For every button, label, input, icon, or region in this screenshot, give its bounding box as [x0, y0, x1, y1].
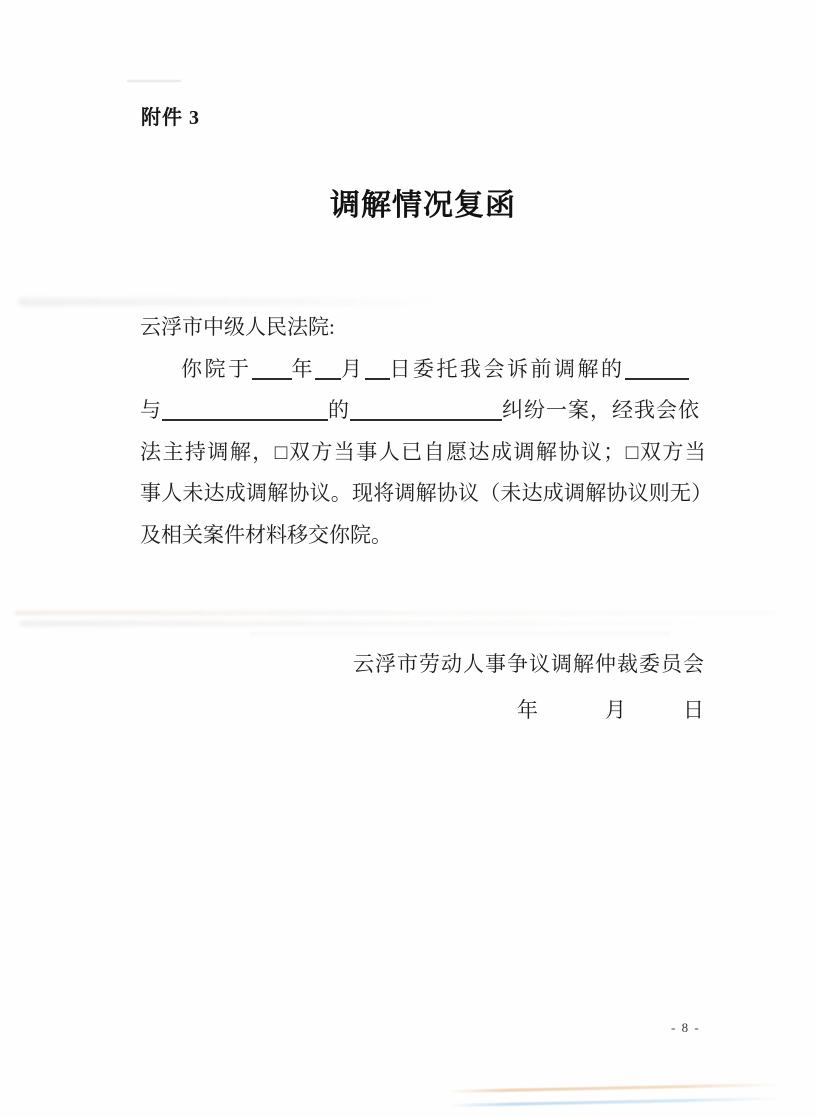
- body-line-parties: 与的纠纷一案，经我会依: [140, 390, 706, 432]
- signature-date-line: 年 月 日: [0, 694, 816, 718]
- letter-body: 云浮市中级人民法院: 你院于年月日委托我会诉前调解的 与的纠纷一案，经我会依 法…: [140, 307, 706, 556]
- day-suffix-text: 日委托我会诉前调解的: [390, 357, 625, 381]
- scan-artifact-band-lower: [15, 611, 775, 615]
- scanned-letter-page: 附件 3 调解情况复函 云浮市中级人民法院: 你院于年月日委托我会诉前调解的 与…: [0, 0, 816, 1117]
- date-day-label: 日: [683, 694, 704, 724]
- date-year-label: 年: [517, 694, 538, 724]
- letter-title: 调解情况复函: [140, 189, 706, 223]
- blank-underline-day-value: [365, 378, 390, 380]
- scan-artifact-band-lower: [20, 621, 760, 626]
- month-label-text: 月: [341, 357, 365, 381]
- delegation-prefix-text: 你院于: [181, 357, 252, 381]
- blank-underline-month-value: [315, 378, 341, 380]
- year-label-text: 年: [292, 357, 316, 381]
- scan-artifact-page-edge-blue: [448, 1097, 783, 1107]
- body-line-no-agreement: 事人未达成调解协议。现将调解协议（未达成调解协议则无）: [140, 473, 706, 515]
- scan-artifact-top-mark: [127, 80, 181, 82]
- party-connector-text: 的: [328, 398, 350, 422]
- signature-committee: 云浮市劳动人事争议调解仲裁委员会: [353, 648, 705, 678]
- body-line-transfer: 及相关案件材料移交你院。: [140, 515, 706, 557]
- blank-underline-year-value: [252, 378, 292, 380]
- attachment-label: 附件 3: [141, 101, 200, 130]
- scan-artifact-band-lower: [250, 632, 670, 635]
- salutation: 云浮市中级人民法院:: [140, 307, 706, 349]
- scan-artifact-page-edge-orange: [448, 1083, 783, 1093]
- scan-artifact-band-upper: [18, 298, 438, 306]
- body-line-delegation: 你院于年月日委托我会诉前调解的: [140, 349, 706, 391]
- blank-underline-dispute-type: [350, 419, 502, 421]
- party-prefix-text: 与: [140, 398, 162, 422]
- blank-underline-applicant: [625, 378, 689, 380]
- date-month-label: 月: [605, 694, 626, 724]
- body-line-agreement-options: 法主持调解，□双方当事人已自愿达成调解协议；□双方当: [140, 432, 706, 474]
- blank-underline-respondent: [162, 419, 328, 421]
- page-number: - 8 -: [671, 1020, 700, 1036]
- case-suffix-text: 纠纷一案，经我会依: [502, 398, 700, 422]
